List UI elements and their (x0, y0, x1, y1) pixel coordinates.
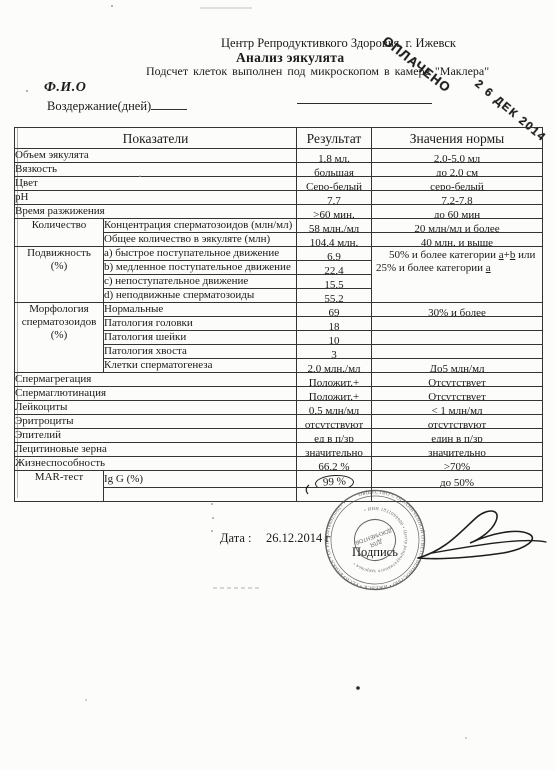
result-cell: ед в п/зр (297, 429, 372, 443)
table-row: Подвижность(%)a) быстрое поступательное … (15, 247, 543, 261)
result-cell: 6,9 (297, 247, 372, 261)
indicator-label-cell: a) быстрое поступательное движение (104, 247, 297, 261)
handwritten-signature (418, 511, 546, 559)
indicator-label-cell: Спермагрегация (15, 373, 297, 387)
cell-value: 18 (329, 321, 340, 331)
norm-cell: до 2,0 см (372, 163, 543, 177)
norm-cell (372, 345, 543, 359)
cell-value: 2,0 млн./мл (307, 363, 360, 373)
cell-value: Отсутствует (428, 391, 486, 401)
cell-value: 10 (329, 335, 340, 345)
indicator-label-cell: Вязкость (15, 163, 297, 177)
indicator-label-cell: Лецитиновые зерна (15, 443, 297, 457)
cell-value: Отсутствует (428, 377, 486, 387)
indicator-label-cell: Ig G (%) (104, 471, 297, 488)
cell-value: значительно (428, 447, 486, 457)
indicator-label-cell: b) медленное поступательное движение (104, 261, 297, 275)
table-row: ЦветСеро-белыйсеро-белый (15, 177, 543, 191)
cell-value: 30% и более (428, 307, 486, 317)
cell-value: 40 млн. и выше (421, 237, 493, 247)
indicator-label-cell: pH (15, 191, 297, 205)
table-row: Время разжижения>60 мин.до 60 мин (15, 205, 543, 219)
indicator-label-cell: Жизнеспособность (15, 457, 297, 471)
table-row: Эпителийед в п/зредин в п/зр (15, 429, 543, 443)
norm-cell: до 60 мин (372, 205, 543, 219)
indicator-label-cell: Нормальные (104, 303, 297, 317)
group-cell: Подвижность(%) (15, 247, 104, 303)
cell-value: отсутствуют (305, 419, 363, 429)
norm-cell: 2,0-5,0 мл (372, 149, 543, 163)
norm-cell: отсутствуют (372, 415, 543, 429)
indicator-label-cell: Концентрация сперматозоидов (млн/мл) (104, 219, 297, 233)
result-cell: 7,7 (297, 191, 372, 205)
cell-value: отсутствуют (428, 419, 486, 429)
cell-value: 0,5 млн/мл (309, 405, 359, 415)
cell-value: значительно (305, 447, 363, 457)
result-cell: 66,2 % (297, 457, 372, 471)
result-cell: большая (297, 163, 372, 177)
norm-cell: до 50% (372, 471, 543, 488)
table-row: Вязкостьбольшаядо 2,0 см (15, 163, 543, 177)
table-row: MAR-тестIg G (%)99 %до 50% (15, 471, 543, 488)
result-cell: Положит.+ (297, 373, 372, 387)
table-row: Жизнеспособность66,2 %>70% (15, 457, 543, 471)
cell-value: 15,5 (324, 279, 343, 289)
result-cell: 3 (297, 345, 372, 359)
norm-cell: Отсутствует (372, 387, 543, 401)
cell-value: >70% (444, 461, 470, 471)
cell-value: до 60 мин (434, 209, 480, 219)
result-cell: 10 (297, 331, 372, 345)
norm-cell: 20 млн/мл и более (372, 219, 543, 233)
cell-value: до 2,0 см (436, 167, 478, 177)
table-row: pH7,77,2-7,8 (15, 191, 543, 205)
norm-cell: Отсутствует (372, 373, 543, 387)
indicator-label-cell: Эпителий (15, 429, 297, 443)
table-row: Лейкоциты0,5 млн/мл< 1 млн/мл (15, 401, 543, 415)
norm-cell: серо-белый (372, 177, 543, 191)
cell-value: 69 (329, 307, 340, 317)
cell-value: 3 (331, 349, 337, 359)
norm-cell: един в п/зр (372, 429, 543, 443)
norm-cell (372, 331, 543, 345)
result-cell: значительно (297, 443, 372, 457)
result-cell: 0,5 млн/мл (297, 401, 372, 415)
norm-cell: >70% (372, 457, 543, 471)
date-label: Дата : (220, 531, 252, 546)
abstinence-label: Воздержание(дней) (47, 99, 151, 113)
header-indicators: Показатели (15, 128, 297, 149)
date-value: 26.12.2014 г (266, 531, 331, 546)
table-row: Лецитиновые зерназначительнозначительно (15, 443, 543, 457)
indicator-label-cell: Патология головки (104, 317, 297, 331)
norm-cell: < 1 млн/мл (372, 401, 543, 415)
indicator-label-cell: Время разжижения (15, 205, 297, 219)
indicator-label-cell: Патология хвоста (104, 345, 297, 359)
cell-value: 2,0-5,0 мл (434, 153, 480, 163)
table-row: КоличествоКонцентрация сперматозоидов (м… (15, 219, 543, 233)
cell-value: 7,2-7,8 (441, 195, 472, 205)
cell-value: Серо-белый (306, 181, 362, 191)
cell-value: 58 млн./мл (309, 223, 359, 233)
norm-cell: 30% и более (372, 303, 543, 317)
fio-fill-line (297, 103, 432, 104)
cell-value: 6,9 (327, 251, 341, 261)
result-cell: 104,4 млн. (297, 233, 372, 247)
cell-value: серо-белый (430, 181, 484, 191)
result-cell: Положит.+ (297, 387, 372, 401)
result-cell: 15,5 (297, 275, 372, 289)
group-cell: Морфологиясперматозоидов(%) (15, 303, 104, 373)
result-cell: 22,4 (297, 261, 372, 275)
indicator-label-cell: Эритроциты (15, 415, 297, 429)
indicator-label-cell: c) непоступательное движение (104, 275, 297, 289)
fio-label: Ф.И.О (44, 80, 86, 96)
clinic-name: Центр Репродуктивкого Здоровья, г. Ижевс… (221, 36, 456, 51)
cell-value: ед в п/зр (314, 433, 354, 443)
scan-smudge (200, 7, 252, 9)
cell-value: 22,4 (324, 265, 343, 275)
abstinence-fill-line (151, 98, 187, 110)
table-row: СпермагрегацияПоложит.+Отсутствует (15, 373, 543, 387)
norm-cell: значительно (372, 443, 543, 457)
result-cell: 55,2 (297, 289, 372, 303)
cell-value: 104,4 млн. (310, 237, 359, 247)
result-cell: отсутствуют (297, 415, 372, 429)
indicator-label-cell: Общее количество в эякуляте (млн) (104, 233, 297, 247)
norm-cell: До5 млн/мл (372, 359, 543, 373)
group-cell: Количество (15, 219, 104, 247)
indicator-label-cell: Клетки сперматогенеза (104, 359, 297, 373)
indicator-label-cell: Объем эякулята (15, 149, 297, 163)
indicator-label-cell (104, 488, 297, 502)
table-row: Морфологиясперматозоидов(%)Нормальные693… (15, 303, 543, 317)
cell-value: большая (314, 167, 354, 177)
circled-value: 99 % (314, 474, 354, 488)
result-cell: 1,8 мл. (297, 149, 372, 163)
result-cell: 2,0 млн./мл (297, 359, 372, 373)
scan-double-border-line (17, 127, 18, 498)
result-cell: 69 (297, 303, 372, 317)
indicator-label-cell: Спермаглютинация (15, 387, 297, 401)
norm-cell: 50% и более категории a+b или25% и более… (372, 247, 543, 303)
scanned-document-page: Центр Репродуктивкого Здоровья, г. Ижевс… (0, 0, 556, 770)
norm-cell: 7,2-7,8 (372, 191, 543, 205)
cell-value: >60 мин. (313, 209, 354, 219)
indicator-label-cell: Цвет (15, 177, 297, 191)
table-header-row: Показатели Результат Значения нормы (15, 128, 543, 149)
cell-value: 20 млн/мл и более (414, 223, 499, 233)
result-cell: >60 мин. (297, 205, 372, 219)
cell-value: 66,2 % (318, 461, 349, 471)
result-cell: 18 (297, 317, 372, 331)
result-cell: 99 % (297, 471, 372, 488)
header-result: Результат (297, 128, 372, 149)
cell-value: < 1 млн/мл (431, 405, 482, 415)
cell-value: 7,7 (327, 195, 341, 205)
cell-value: 1,8 мл. (318, 153, 350, 163)
result-cell: 58 млн./мл (297, 219, 372, 233)
cell-value: Положит.+ (309, 391, 359, 401)
cell-value: До5 млн/мл (429, 363, 484, 373)
cell-value: Положит.+ (309, 377, 359, 387)
norm-cell (372, 317, 543, 331)
result-cell: Серо-белый (297, 177, 372, 191)
indicator-label-cell: Патология шейки (104, 331, 297, 345)
header-norm: Значения нормы (372, 128, 543, 149)
indicator-label-cell: Лейкоциты (15, 401, 297, 415)
cell-value: до 50% (440, 477, 474, 488)
cell-value: един в п/зр (431, 433, 483, 443)
cell-value: 55,2 (324, 293, 343, 303)
round-seal-stamp: ОБЩЕСТВО С ОГРАНИЧЕННОЙ ОТВЕТСТВЕННОСТЬЮ… (322, 487, 428, 593)
table-row: Объем эякулята1,8 мл.2,0-5,0 мл (15, 149, 543, 163)
norm-cell: 40 млн. и выше (372, 233, 543, 247)
indicator-label-cell: d) неподвижные сперматозоиды (104, 289, 297, 303)
results-table-body: Объем эякулята1,8 мл.2,0-5,0 млВязкостьб… (15, 149, 543, 502)
table-row: СпермаглютинацияПоложит.+Отсутствует (15, 387, 543, 401)
group-cell: MAR-тест (15, 471, 104, 502)
results-table: Показатели Результат Значения нормы Объе… (14, 127, 543, 502)
table-row: Эритроцитыотсутствуютотсутствуют (15, 415, 543, 429)
abstinence-row: Воздержание(дней) (47, 98, 187, 114)
